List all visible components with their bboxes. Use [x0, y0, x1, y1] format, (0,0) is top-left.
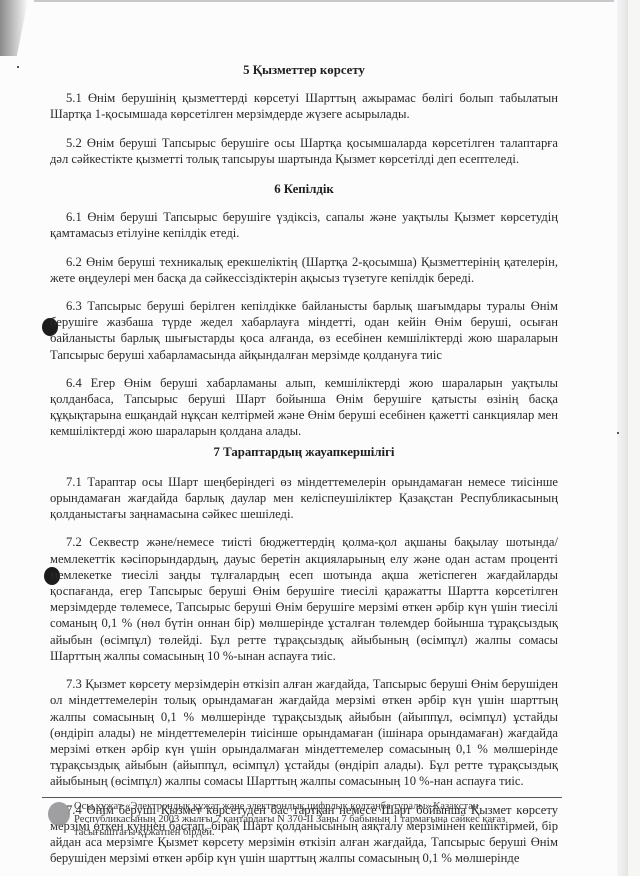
section-warranty: 6 Кепілдік 6.1 Өнім беруші Тапсырыс беру…	[50, 181, 558, 440]
document-body: 5 Қызметтер көрсету 5.1 Өнім берушінің қ…	[50, 62, 558, 876]
clause-6-3: 6.3 Тапсырыс беруші берілген кепілдікке …	[50, 298, 558, 363]
stamp-line-1: Осы құжат «Электрондық құжат және электр…	[74, 800, 554, 813]
clause-7-3: 7.3 Қызмет көрсету мерзімдерін өткізіп а…	[50, 676, 558, 789]
clause-6-1: 6.1 Өнім беруші Тапсырыс берушіге үздікс…	[50, 209, 558, 241]
section-services: 5 Қызметтер көрсету 5.1 Өнім берушінің қ…	[50, 62, 558, 167]
stamp-line-2: Республикасының 2003 жылғы 7 қаңтардағы …	[74, 813, 554, 826]
egov-logo-icon	[48, 802, 70, 826]
scan-speck	[17, 66, 19, 68]
page-edge-shadow	[617, 0, 627, 876]
page-top-edge	[34, 0, 614, 2]
clause-7-1: 7.1 Тараптар осы Шарт шеңберіндегі өз мі…	[50, 474, 558, 523]
clause-7-2: 7.2 Секвестр және/немесе тиісті бюджетте…	[50, 534, 558, 664]
stamp-text: Осы құжат «Электрондық құжат және электр…	[74, 800, 554, 839]
section-heading: 6 Кепілдік	[50, 181, 558, 197]
stamp-overlap-line	[42, 797, 562, 798]
stamp-line-3: тасығыштағы құжатпен бірдей.	[74, 826, 554, 839]
clause-6-4: 6.4 Егер Өнім беруші хабарламаны алып, к…	[50, 375, 558, 440]
section-heading: 5 Қызметтер көрсету	[50, 62, 558, 78]
page-edge-strip	[627, 0, 640, 876]
clause-6-2: 6.2 Өнім беруші техникалық ерекшеліктің …	[50, 254, 558, 286]
section-heading: 7 Тараптардың жауапкершілігі	[50, 444, 558, 460]
clause-5-1: 5.1 Өнім берушінің қызметтерді көрсетуі …	[50, 90, 558, 122]
scan-speck	[617, 432, 619, 434]
clause-5-2: 5.2 Өнім беруші Тапсырыс берушіге осы Ша…	[50, 135, 558, 167]
